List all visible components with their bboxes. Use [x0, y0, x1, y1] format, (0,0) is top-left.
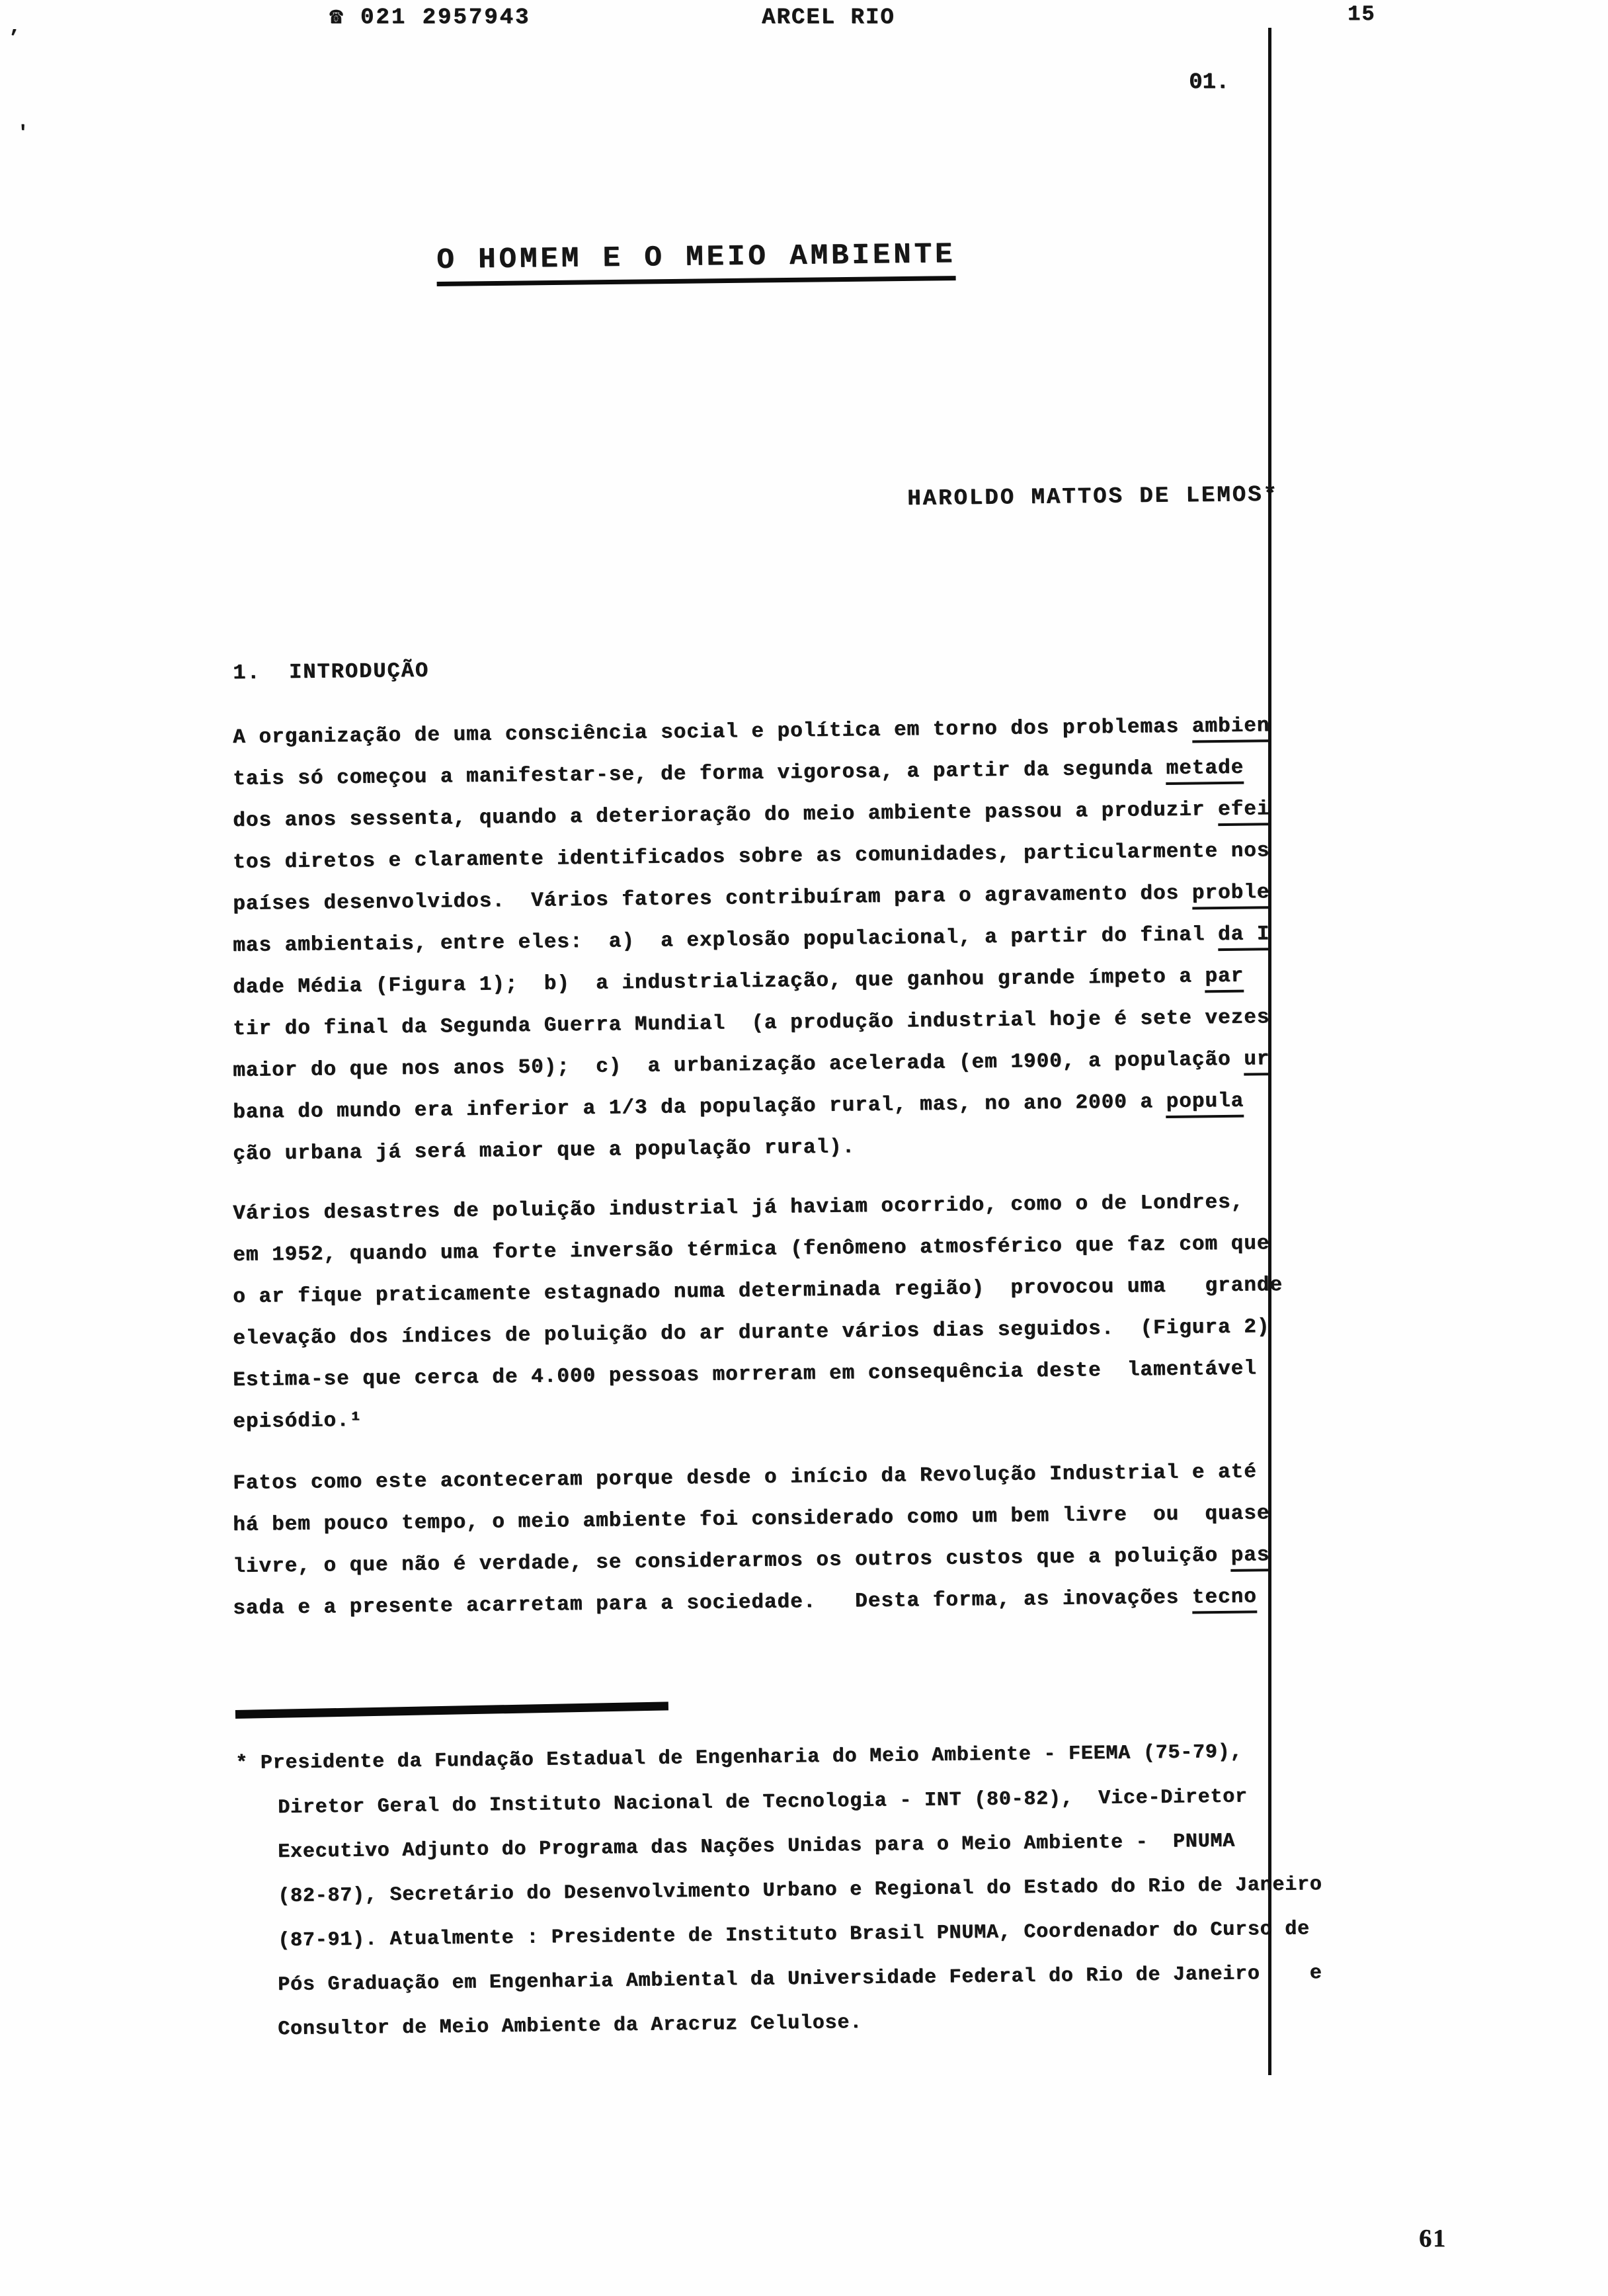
footnote-line: Consultor de Meio Ambiente da Aracruz Ce… — [278, 2013, 862, 2039]
footnote-separator — [235, 1701, 668, 1719]
body-line: em 1952, quando uma forte inversão térmi… — [233, 1233, 1270, 1266]
footnote-line: (87-91). Atualmente : Presidente de Inst… — [278, 1919, 1310, 1951]
body-line: ção urbana já será maior que a população… — [233, 1137, 855, 1165]
body-line: elevação dos índices de poluição do ar d… — [233, 1317, 1270, 1349]
body-line: episódio.¹ — [233, 1411, 362, 1432]
fax-phone-number: 021 2957943 — [360, 5, 530, 30]
page-title: O HOMEM E O MEIO AMBIENTE — [436, 238, 956, 286]
body-line: maior do que nos anos 50); c) a urbaniza… — [233, 1049, 1270, 1081]
fax-page-counter: 15 — [1347, 4, 1375, 25]
footnote-line: * Presidente da Fundação Estadual de Eng… — [235, 1742, 1242, 1774]
fax-scan-page: ☎ 021 2957943 ARCEL RIO 15 01. , ' O HOM… — [0, 0, 1608, 2296]
scan-artifact: ' — [17, 124, 28, 143]
body-line: livre, o que não é verdade, se considera… — [233, 1545, 1270, 1577]
body-line: A organização de uma consciência social … — [233, 716, 1270, 748]
author-name: HAROLDO MATTOS DE LEMOS* — [907, 484, 1279, 511]
body-line: Estima-se que cerca de 4.000 pessoas mor… — [233, 1358, 1257, 1391]
phone-icon: ☎ — [329, 5, 344, 30]
body-line: o ar fique praticamente estagnado numa d… — [233, 1275, 1283, 1307]
document-title-wrap: O HOMEM E O MEIO AMBIENTE — [436, 240, 956, 275]
footnote-line: Executivo Adjunto do Programa das Nações… — [278, 1832, 1235, 1862]
body-line: mas ambientais, entre eles: a) a explosã… — [233, 924, 1270, 956]
footnote-line: Pós Graduação em Engenharia Ambiental da… — [278, 1963, 1322, 1995]
sheet-number: 01. — [1189, 71, 1229, 94]
body-line: tais só começou a manifestar-se, de form… — [233, 758, 1244, 790]
section-heading: 1. INTRODUÇÃO — [233, 661, 429, 684]
page-number: 61 — [1419, 2226, 1447, 2251]
footnote-line: (82-87), Secretário do Desenvolvimento U… — [278, 1875, 1322, 1906]
body-line: países desenvolvidos. Vários fatores con… — [233, 882, 1270, 915]
fax-phone-line: ☎ 021 2957943 — [329, 7, 530, 29]
body-line: bana do mundo era inferior a 1/3 da popu… — [233, 1091, 1244, 1123]
body-line: tir do final da Segunda Guerra Mundial (… — [233, 1007, 1270, 1040]
body-line: Fatos como este aconteceram porque desde… — [233, 1461, 1257, 1494]
body-line: dade Média (Figura 1); b) a industrializ… — [233, 966, 1244, 998]
scan-artifact: , — [9, 19, 20, 37]
body-line: há bem pouco tempo, o meio ambiente foi … — [233, 1503, 1270, 1536]
footnote-line: Diretor Geral do Instituto Nacional de T… — [278, 1787, 1248, 1818]
body-line: sada e a presente acarretam para a socie… — [233, 1586, 1257, 1619]
fax-station-id: ARCEL RIO — [762, 7, 895, 29]
body-line: Vários desastres de poluição industrial … — [233, 1192, 1244, 1224]
body-line: dos anos sessenta, quando a deterioração… — [233, 799, 1270, 831]
body-line: tos diretos e claramente identificados s… — [233, 840, 1270, 873]
